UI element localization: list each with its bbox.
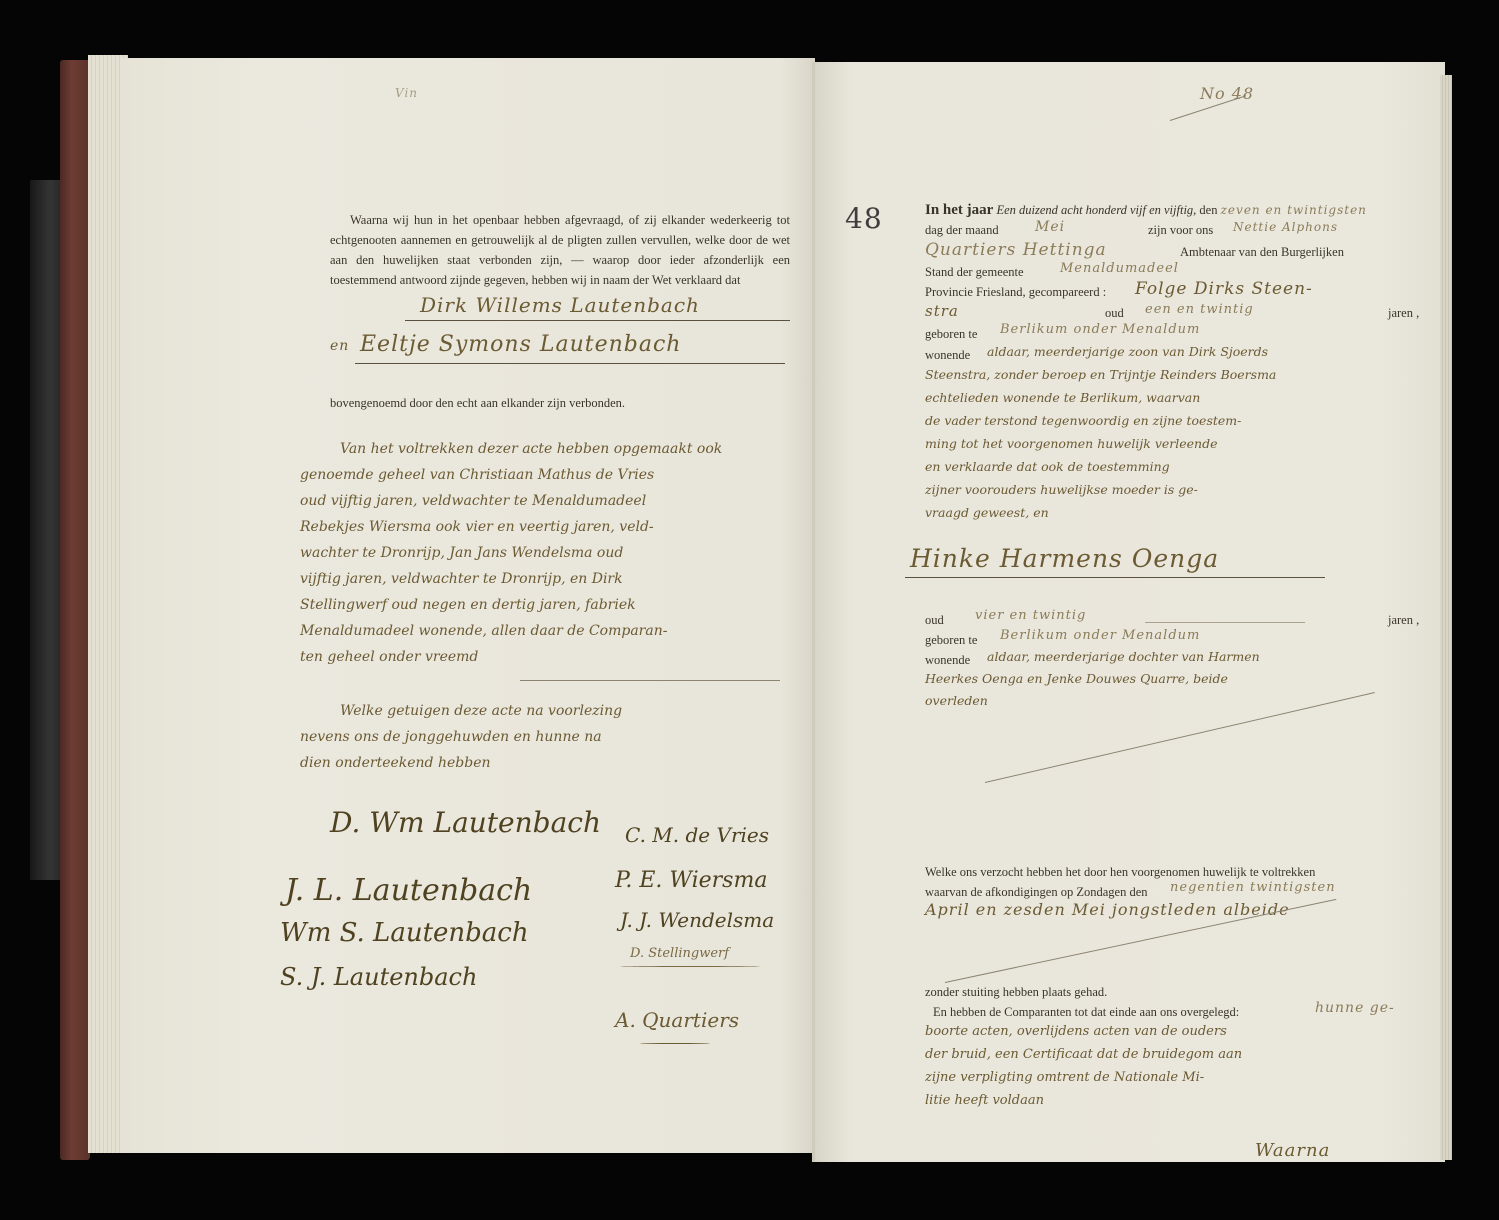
label-jaren: jaren , (1388, 303, 1419, 323)
closing-line: dien onderteekend hebben (300, 750, 790, 776)
day-handwritten: zeven en twintigsten (1221, 203, 1367, 217)
month-handwritten: Mei (1035, 219, 1065, 235)
left-printed-paragraph: Waarna wij hun in het openbaar hebben af… (330, 210, 790, 290)
proclamation-dates: negentien twintigsten (1170, 880, 1336, 895)
closing-line: Welke getuigen deze acte na voorlezing (300, 698, 790, 724)
signature: Wm S. Lautenbach (280, 918, 529, 948)
signature: J. J. Wendelsma (620, 908, 774, 932)
printed-proclamations: waarvan de afkondigingen op Zondagen den (925, 882, 1148, 902)
catchword: Waarna (1255, 1140, 1330, 1161)
bride-birthplace: Berlikum onder Menaldum (1000, 628, 1200, 643)
bride-name-rule (905, 577, 1325, 578)
groom-name-rule (405, 320, 790, 321)
label-official: Ambtenaar van den Burgerlijken (1180, 242, 1344, 262)
page-stack-right (1440, 75, 1452, 1160)
book-spine (60, 60, 90, 1160)
printed-den: , den (1193, 203, 1217, 217)
municipality-handwritten: Menaldumadeel (1060, 261, 1179, 276)
left-page: Vin Waarna wij hun in het openbaar hebbe… (120, 58, 815, 1153)
signature: D. Stellingwerf (630, 946, 729, 961)
left-top-mark: Vin (395, 86, 418, 100)
year-italic: Een duizend acht honderd vijf en vijftig (996, 203, 1193, 217)
detail-line: aldaar, meerderjarige zoon van Dirk Sjoe… (925, 340, 1405, 363)
right-page: No 48 48 In het jaar Een duizend acht ho… (815, 62, 1445, 1162)
record-number: 48 (845, 202, 883, 235)
document-line: zijne verpligting omtrent de Nationale M… (925, 1066, 1405, 1089)
witness-line: ten geheel onder vreemd (300, 644, 790, 670)
printed-request: Welke ons verzocht hebben het door hen v… (925, 862, 1315, 882)
official-signature: A. Quartiers (615, 1008, 739, 1032)
detail-line: ming tot het voorgenomen huwelijk verlee… (925, 432, 1405, 455)
documents-intro: hunne ge- (1315, 1000, 1395, 1016)
closing-paragraph: Welke getuigen deze acte na voorlezing n… (300, 698, 790, 776)
detail-line: Steenstra, zonder beroep en Trijntje Rei… (925, 363, 1405, 386)
witness-line: genoemde geheel van Christiaan Mathus de… (300, 462, 790, 488)
signature: J. L. Lautenbach (285, 873, 532, 908)
groom-birthplace: Berlikum onder Menaldum (1000, 322, 1200, 337)
label-before-us: zijn voor ons (1148, 220, 1213, 240)
label-oud: oud (1105, 303, 1124, 323)
witness-line: oud vijftig jaren, veldwachter te Menald… (300, 488, 790, 514)
closing-line: nevens ons de jonggehuwden en hunne na (300, 724, 790, 750)
bride-name-handwritten: Eeltje Symons Lautenbach (360, 332, 681, 357)
detail-line: zijner voorouders huwelijkse moeder is g… (925, 478, 1405, 501)
proclamation-dates-cont: April en zesden Mei jongstleden albeide (925, 900, 1290, 919)
bride-name-handwritten: Hinke Harmens Oenga (910, 544, 1219, 573)
detail-line: echtelieden wonende te Berlikum, waarvan (925, 386, 1405, 409)
groom-name-handwritten: Folge Dirks Steen- (1135, 279, 1313, 299)
document-line: boorte acten, overlijdens acten van de o… (925, 1020, 1405, 1043)
signature: S. J. Lautenbach (280, 963, 477, 991)
detail-line: de vader terstond tegenwoordig en zijne … (925, 409, 1405, 432)
detail-line: aldaar, meerderjarige dochter van Harmen (925, 646, 1405, 668)
document-line: litie heeft voldaan (925, 1089, 1405, 1112)
document-line: der bruid, een Certificaat dat de bruide… (925, 1043, 1405, 1066)
witness-line: Stellingwerf oud negen en dertig jaren, … (300, 592, 790, 618)
witness-end-rule (520, 680, 780, 681)
printed-in-het-jaar: In het jaar (925, 202, 993, 218)
line-year: In het jaar Een duizend acht honderd vij… (925, 200, 1405, 220)
signature: P. E. Wiersma (615, 868, 767, 893)
official-title-handwritten: Nettie Alphons (1233, 220, 1338, 234)
witness-line: Menaldumadeel wonende, allen daar de Com… (300, 618, 790, 644)
printed-documents: En hebben de Comparanten tot dat einde a… (933, 1002, 1239, 1022)
witness-line: wachter te Dronrijp, Jan Jans Wendelsma … (300, 540, 790, 566)
official-flourish (640, 1043, 710, 1044)
groom-age-handwritten: een en twintig (1145, 302, 1254, 317)
label-jaren: jaren , (1388, 610, 1419, 630)
label-province: Provincie Friesland, gecompareerd : (925, 282, 1106, 302)
label-month: dag der maand (925, 220, 999, 240)
printed-no-objection: zonder stuiting hebben plaats gehad. (925, 982, 1107, 1002)
detail-line: vraagd geweest, en (925, 501, 1405, 524)
groom-name-handwritten: Dirk Willems Lautenbach (420, 293, 700, 317)
signature: C. M. de Vries (625, 823, 769, 847)
witness-line: Van het voltrekken dezer acte hebben opg… (300, 436, 790, 462)
official-name-handwritten: Quartiers Hettinga (925, 240, 1107, 260)
bride-name-rule (355, 363, 785, 364)
witness-line: vijftig jaren, veldwachter te Dronrijp, … (300, 566, 790, 592)
bride-age-handwritten: vier en twintig (975, 608, 1086, 623)
detail-line: Heerkes Oenga en Jenke Douwes Quarre, be… (925, 668, 1405, 690)
witness-paragraph: Van het voltrekken dezer acte hebben opg… (300, 436, 790, 670)
detail-line: en verklaarde dat ook de toestemming (925, 455, 1405, 478)
documents-list: boorte acten, overlijdens acten van de o… (925, 1020, 1405, 1112)
label-oud: oud (925, 610, 944, 630)
signature-flourish (620, 966, 760, 967)
signature: D. Wm Lautenbach (330, 806, 601, 839)
left-closing-printed: bovengenoemd door den echt aan elkander … (330, 393, 625, 413)
age-rule (1145, 622, 1305, 623)
groom-name-cont: stra (925, 302, 959, 320)
bride-connector: en (330, 338, 349, 354)
label-stand: Stand der gemeente (925, 262, 1024, 282)
witness-line: Rebekjes Wiersma ook vier en veertig jar… (300, 514, 790, 540)
groom-details: aldaar, meerderjarige zoon van Dirk Sjoe… (925, 340, 1405, 524)
